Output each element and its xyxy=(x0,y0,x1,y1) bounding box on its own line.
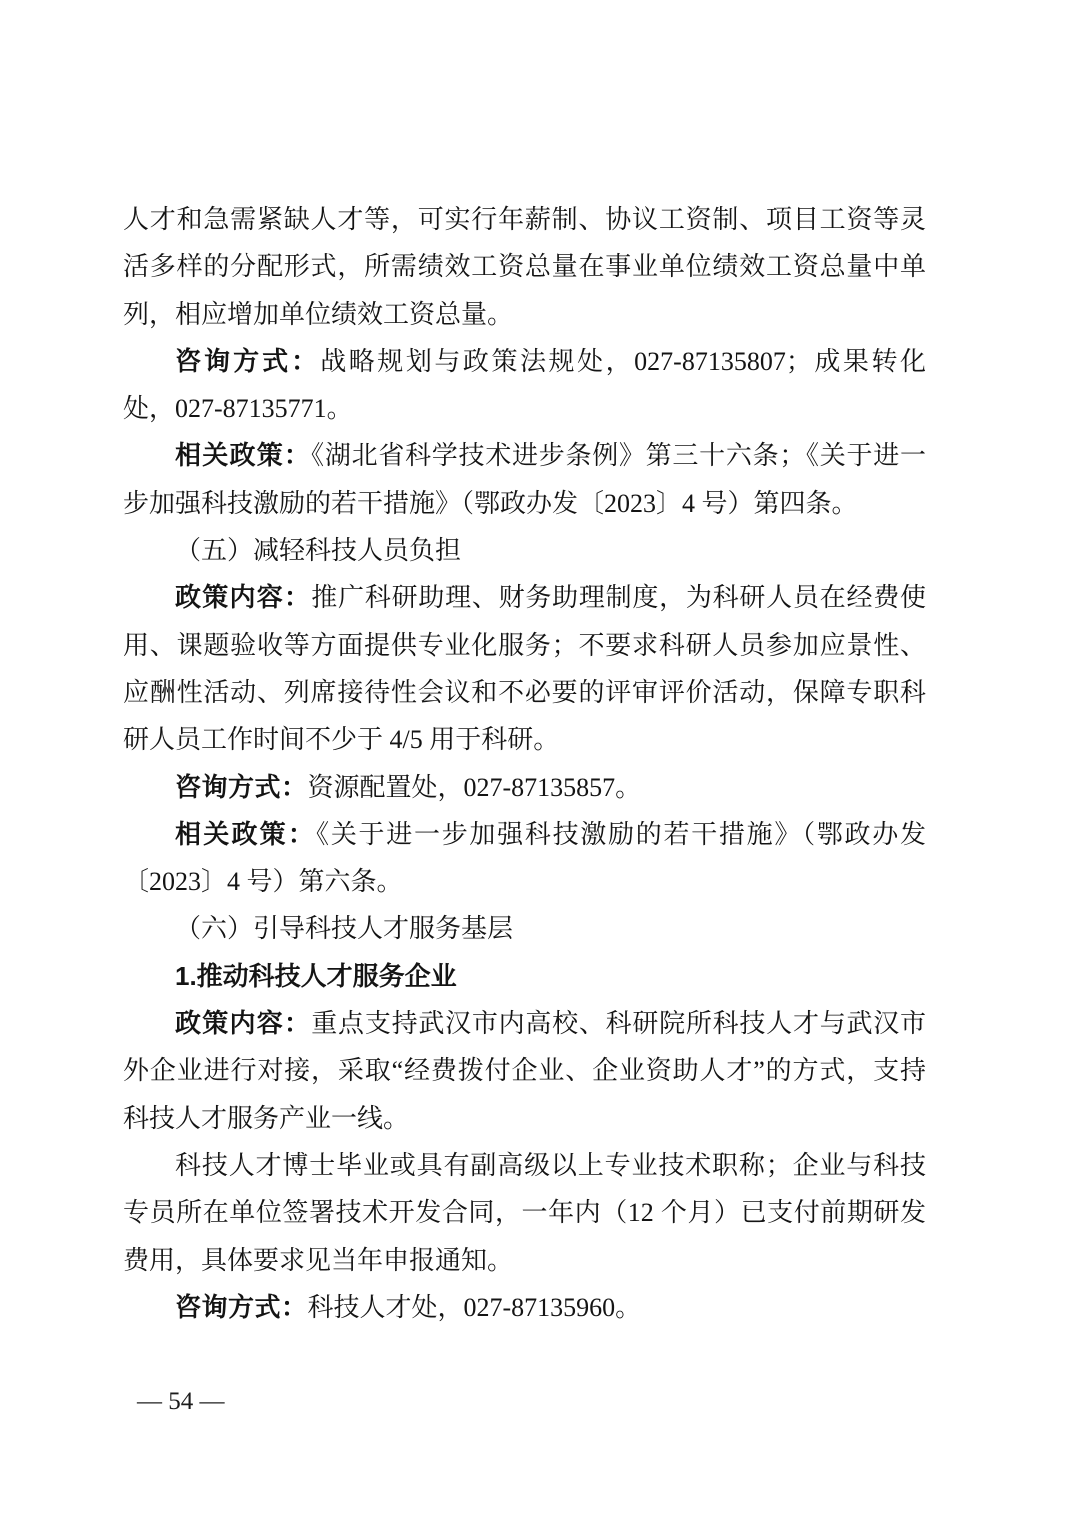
heading-section-6: （六）引导科技人才服务基层 xyxy=(123,905,926,952)
heading-text: （六）引导科技人才服务基层 xyxy=(175,914,513,943)
paragraph-text: 科技人才博士毕业或具有副高级以上专业技术职称；企业与科技专员所在单位签署技术开发… xyxy=(123,1151,926,1275)
paragraph-text: 人才和急需紧缺人才等，可实行年薪制、协议工资制、项目工资等灵活多样的分配形式，所… xyxy=(123,205,926,329)
heading-text: （五）减轻科技人员负担 xyxy=(175,536,461,565)
heading-text: 1.推动科技人才服务企业 xyxy=(175,961,457,991)
paragraph-related-policy-1: 相关政策：《湖北省科学技术进步条例》第三十六条；《关于进一步加强科技激励的若干措… xyxy=(123,432,926,527)
paragraph-consult-contact-2: 咨询方式：资源配置处，027-87135857。 xyxy=(123,764,926,811)
paragraph-label: 咨询方式： xyxy=(175,772,308,802)
paragraph-policy-content-2: 政策内容：重点支持武汉市内高校、科研院所科技人才与武汉市外企业进行对接，采取“经… xyxy=(123,1000,926,1142)
paragraph-label: 咨询方式： xyxy=(175,346,320,376)
paragraph-label: 政策内容： xyxy=(175,582,311,612)
page-number: — 54 — xyxy=(137,1388,225,1415)
heading-subsection-1: 1.推动科技人才服务企业 xyxy=(123,953,926,1000)
paragraph-label: 相关政策： xyxy=(175,819,316,849)
heading-section-5: （五）减轻科技人员负担 xyxy=(123,527,926,574)
page-footer: — 54 — xyxy=(137,1388,225,1416)
paragraph-label: 政策内容： xyxy=(175,1008,311,1038)
paragraph-text: 科技人才处，027-87135960。 xyxy=(308,1293,642,1322)
paragraph-label: 咨询方式： xyxy=(175,1292,308,1322)
paragraph-text: 资源配置处，027-87135857。 xyxy=(308,773,642,802)
document-page: 人才和急需紧缺人才等，可实行年薪制、协议工资制、项目工资等灵活多样的分配形式，所… xyxy=(0,0,1074,1520)
document-body: 人才和急需紧缺人才等，可实行年薪制、协议工资制、项目工资等灵活多样的分配形式，所… xyxy=(123,196,926,1331)
paragraph-related-policy-2: 相关政策：《关于进一步加强科技激励的若干措施》（鄂政办发〔2023〕4 号）第六… xyxy=(123,811,926,906)
paragraph-policy-content-1: 政策内容：推广科研助理、财务助理制度，为科研人员在经费使用、课题验收等方面提供专… xyxy=(123,574,926,763)
paragraph-consult-contact-3: 咨询方式：科技人才处，027-87135960。 xyxy=(123,1284,926,1331)
paragraph-salary-continuation: 人才和急需紧缺人才等，可实行年薪制、协议工资制、项目工资等灵活多样的分配形式，所… xyxy=(123,196,926,338)
paragraph-eligibility: 科技人才博士毕业或具有副高级以上专业技术职称；企业与科技专员所在单位签署技术开发… xyxy=(123,1142,926,1284)
paragraph-label: 相关政策： xyxy=(175,440,311,470)
paragraph-consult-contact-1: 咨询方式：战略规划与政策法规处，027-87135807；成果转化处，027-8… xyxy=(123,338,926,433)
